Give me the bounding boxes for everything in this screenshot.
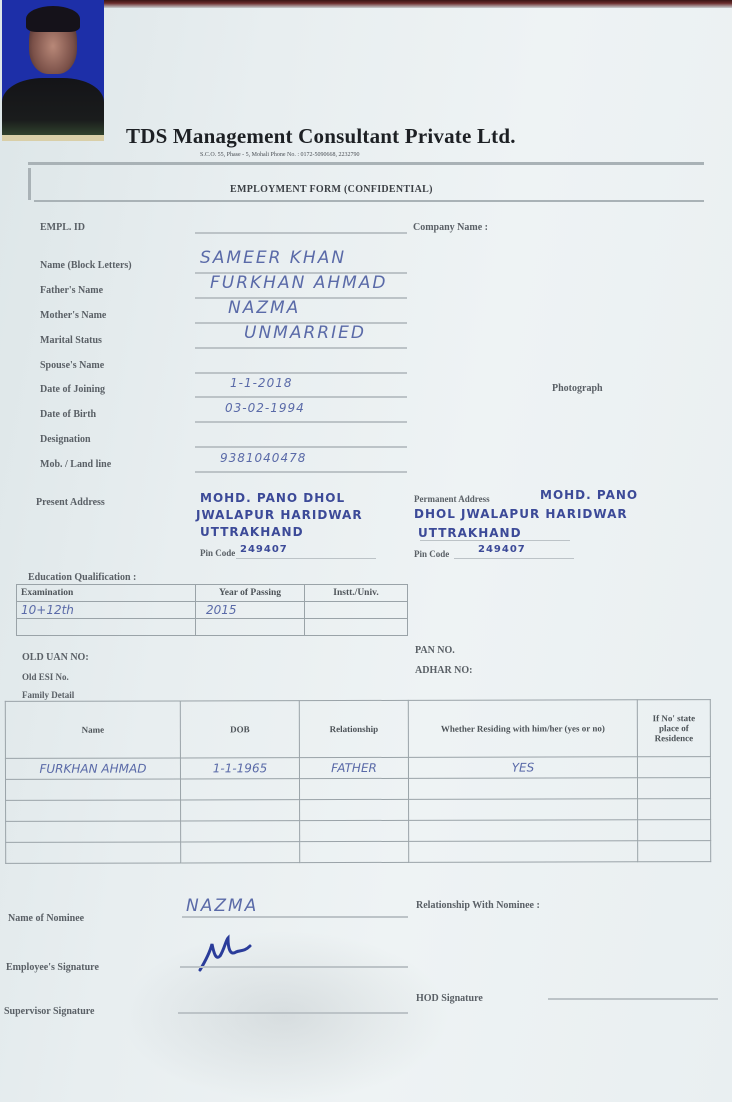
company-name-label: Company Name : [413,222,488,233]
mobile-value: 9381040478 [220,451,306,465]
family-cell-residing[interactable] [409,799,638,821]
education-cell-examination[interactable] [17,619,196,636]
family-cell-dob[interactable] [181,800,300,821]
paper-shadow [120,930,450,1102]
date-of-birth-label: Date of Birth [40,409,96,420]
family-cell-dob[interactable] [180,779,299,800]
permanent-address-line-1: MOHD. PANO [540,488,638,502]
family-row [6,799,711,822]
marital-status-field[interactable] [195,347,407,349]
old-esi-label: Old ESI No. [22,672,69,682]
name-value: SAMEER KHAN [200,248,346,268]
education-label: Education Qualification : [28,572,136,583]
family-cell-residence-place[interactable] [638,841,711,862]
education-header-institute: Instt./Univ. [305,585,408,602]
education-cell-year[interactable] [196,619,305,636]
education-cell-year[interactable]: 2015 [196,602,305,619]
family-header-residence-place: If No' state place of Residence [637,700,710,757]
education-header-examination: Examination [17,585,196,602]
form-title-rule [34,200,704,202]
employee-signature-icon [196,934,256,974]
education-header-year: Year of Passing [196,585,305,602]
photograph-label: Photograph [552,383,603,394]
permanent-address-line-rule [420,540,570,541]
family-cell-relationship[interactable] [300,799,409,820]
name-label: Name (Block Letters) [40,260,132,271]
header-rule-side [28,168,31,200]
permanent-pin-label: Pin Code [414,549,449,559]
family-header-row: Name DOB Relationship Whether Residing w… [5,700,710,759]
designation-label: Designation [40,434,91,445]
mother-name-label: Mother's Name [40,310,106,321]
family-cell-residence-place[interactable] [638,799,711,820]
father-name-value: FURKHAN AHMAD [210,273,388,293]
employee-signature-field[interactable] [180,966,408,968]
education-cell-examination[interactable]: 10+12th [17,602,196,619]
company-address: S.C.O. 55, Phase - 5, Mohali Phone No. :… [200,152,360,158]
permanent-address-line-2: DHOL JWALAPUR HARIDWAR [414,507,628,521]
adhar-label: ADHAR NO: [415,665,473,676]
family-row [5,778,710,801]
family-header-residing: Whether Residing with him/her (yes or no… [408,700,637,758]
spouse-name-field[interactable] [195,372,407,374]
family-cell-residence-place[interactable] [637,778,710,799]
family-cell-residence-place[interactable] [637,757,710,778]
photo-hair [26,6,80,32]
family-cell-name[interactable] [5,779,180,800]
date-of-joining-field[interactable] [195,396,407,398]
hod-signature-field[interactable] [548,998,718,1000]
family-row: FURKHAN AHMAD 1-1-1965 FATHER YES [5,757,710,780]
mother-name-value: NAZMA [228,298,300,318]
form-title: EMPLOYMENT FORM (CONFIDENTIAL) [230,184,433,195]
family-cell-residence-place[interactable] [638,820,711,841]
present-pin-field[interactable] [236,558,376,559]
family-row [6,820,711,843]
nominee-label: Name of Nominee [8,913,84,924]
pan-label: PAN NO. [415,645,455,656]
family-detail-label: Family Detail [22,690,74,700]
education-row [17,619,408,636]
family-header-name: Name [5,701,180,758]
family-cell-name[interactable] [6,821,181,842]
family-cell-dob[interactable]: 1-1-1965 [180,758,299,779]
employee-signature-label: Employee's Signature [6,962,99,973]
permanent-address-label: Permanent Address [414,494,490,504]
nominee-field[interactable] [182,916,408,918]
supervisor-signature-label: Supervisor Signature [4,1006,94,1017]
background-edge [100,0,732,8]
family-cell-relationship[interactable]: FATHER [299,757,408,778]
education-table: Examination Year of Passing Instt./Univ.… [16,584,408,636]
family-cell-residing[interactable] [408,778,637,800]
family-header-relationship: Relationship [299,700,408,757]
father-name-field[interactable] [195,297,407,299]
family-cell-name[interactable] [6,842,181,863]
date-of-birth-value: 03-02-1994 [225,401,305,415]
present-pin-value: 249407 [240,544,288,555]
education-cell-institute[interactable] [305,602,408,619]
education-header-row: Examination Year of Passing Instt./Univ. [17,585,408,602]
education-cell-institute[interactable] [305,619,408,636]
designation-field[interactable] [195,446,407,448]
date-of-birth-field[interactable] [195,421,407,423]
date-of-joining-label: Date of Joining [40,384,105,395]
nominee-value: NAZMA [186,896,258,916]
old-uan-label: OLD UAN NO: [22,652,89,663]
header-rule [28,162,704,165]
marital-status-label: Marital Status [40,335,102,346]
family-cell-residing[interactable] [409,820,638,842]
empl-id-label: EMPL. ID [40,222,85,233]
present-pin-label: Pin Code [200,548,235,558]
date-of-joining-value: 1-1-2018 [230,376,292,390]
family-cell-residing[interactable]: YES [408,757,637,779]
family-table: Name DOB Relationship Whether Residing w… [5,699,711,864]
permanent-address-line-3: UTTRAKHAND [418,526,522,540]
family-header-dob: DOB [180,701,299,758]
mobile-field[interactable] [195,471,407,473]
present-address-line-3: UTTRAKHAND [200,525,304,539]
family-cell-name[interactable] [6,800,181,821]
father-name-label: Father's Name [40,285,103,296]
family-cell-relationship[interactable] [300,841,409,862]
company-title: TDS Management Consultant Private Ltd. [126,124,516,149]
employee-photo [2,0,104,141]
supervisor-signature-field[interactable] [178,1012,408,1014]
mobile-label: Mob. / Land line [40,459,111,470]
family-cell-relationship[interactable] [300,820,409,841]
hod-signature-label: HOD Signature [416,993,483,1004]
present-address-label: Present Address [36,497,105,508]
family-cell-residing[interactable] [409,841,638,863]
education-row: 10+12th 2015 [17,602,408,619]
present-address-line-1: MOHD. PANO DHOL [200,491,345,505]
present-address-line-2: JWALAPUR HARIDWAR [196,508,363,522]
family-cell-name[interactable]: FURKHAN AHMAD [5,758,180,779]
spouse-name-label: Spouse's Name [40,360,104,371]
family-cell-dob[interactable] [181,842,300,863]
relationship-nominee-label: Relationship With Nominee : [416,900,540,911]
marital-status-value: UNMARRIED [244,323,366,343]
family-cell-relationship[interactable] [299,778,408,799]
permanent-pin-field[interactable] [454,558,574,559]
family-row [6,841,711,864]
photo-body [2,78,104,138]
permanent-pin-value: 249407 [478,544,526,555]
empl-id-field[interactable] [195,232,407,234]
family-cell-dob[interactable] [181,821,300,842]
